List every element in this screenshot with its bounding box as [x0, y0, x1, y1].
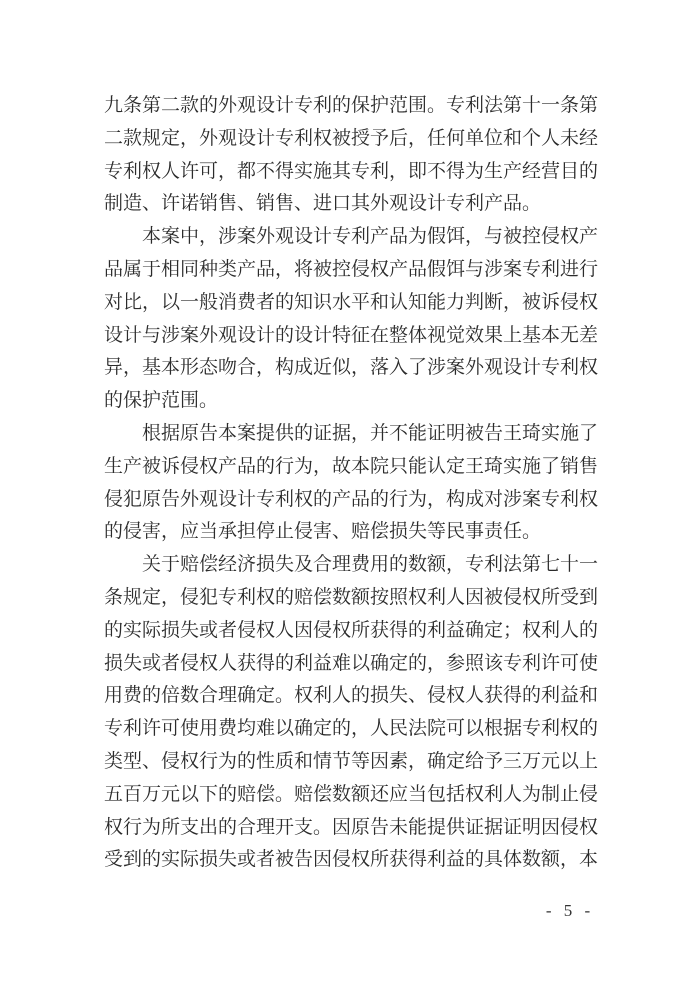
paragraph-patent-law-scope: 九条第二款的外观设计专利的保护范围。专利法第十一条第二款规定，外观设计专利权被授…: [104, 90, 598, 221]
paragraph-liability-finding: 根据原告本案提供的证据，并不能证明被告王琦实施了生产被诉侵权产品的行为，故本院只…: [104, 418, 598, 549]
document-page: 九条第二款的外观设计专利的保护范围。专利法第十一条第二款规定，外观设计专利权被授…: [0, 0, 700, 990]
page-number: - 5 -: [540, 901, 600, 921]
paragraph-damages-determination: 关于赔偿经济损失及合理费用的数额，专利法第七十一条规定，侵犯专利权的赔偿数额按照…: [104, 549, 598, 877]
paragraph-design-comparison: 本案中，涉案外观设计专利产品为假饵，与被控侵权产品属于相同种类产品，将被控侵权产…: [104, 221, 598, 418]
document-body: 九条第二款的外观设计专利的保护范围。专利法第十一条第二款规定，外观设计专利权被授…: [104, 90, 598, 877]
